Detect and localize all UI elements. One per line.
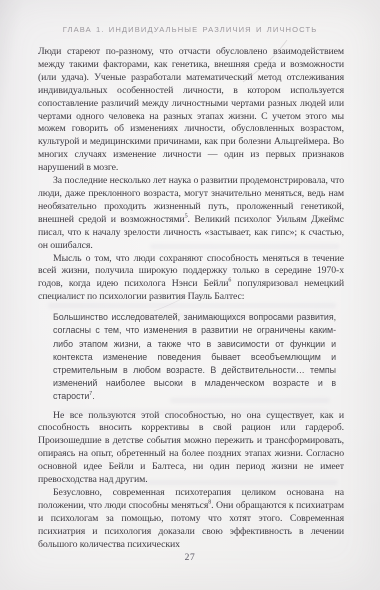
paragraph: Не все пользуются этой способностью, но … xyxy=(38,410,344,487)
book-page: ГЛАВА 1. ИНДИВИДУАЛЬНЫЕ РАЗЛИЧИЯ И ЛИЧНО… xyxy=(0,0,380,590)
text-block: Люди стареют по-разному, что отчасти обу… xyxy=(38,46,344,552)
footnote-marker: 5 xyxy=(185,214,188,220)
page-number: 27 xyxy=(0,553,380,563)
footnote-marker: 8 xyxy=(208,500,211,506)
paragraph: Безусловно, современная психотерапия цел… xyxy=(38,487,344,552)
footnote-marker: 6 xyxy=(228,278,231,284)
paragraph: За последние несколько лет наука о разви… xyxy=(38,175,344,252)
footnote-marker: 7 xyxy=(89,391,92,397)
paragraph: Люди стареют по-разному, что отчасти обу… xyxy=(38,46,344,175)
chapter-header: ГЛАВА 1. ИНДИВИДУАЛЬНЫЕ РАЗЛИЧИЯ И ЛИЧНО… xyxy=(0,25,380,34)
paragraph: Мысль о том, что люди сохраняют способно… xyxy=(38,253,344,305)
block-quote: Большинство исследователей, занимающихся… xyxy=(53,311,336,403)
